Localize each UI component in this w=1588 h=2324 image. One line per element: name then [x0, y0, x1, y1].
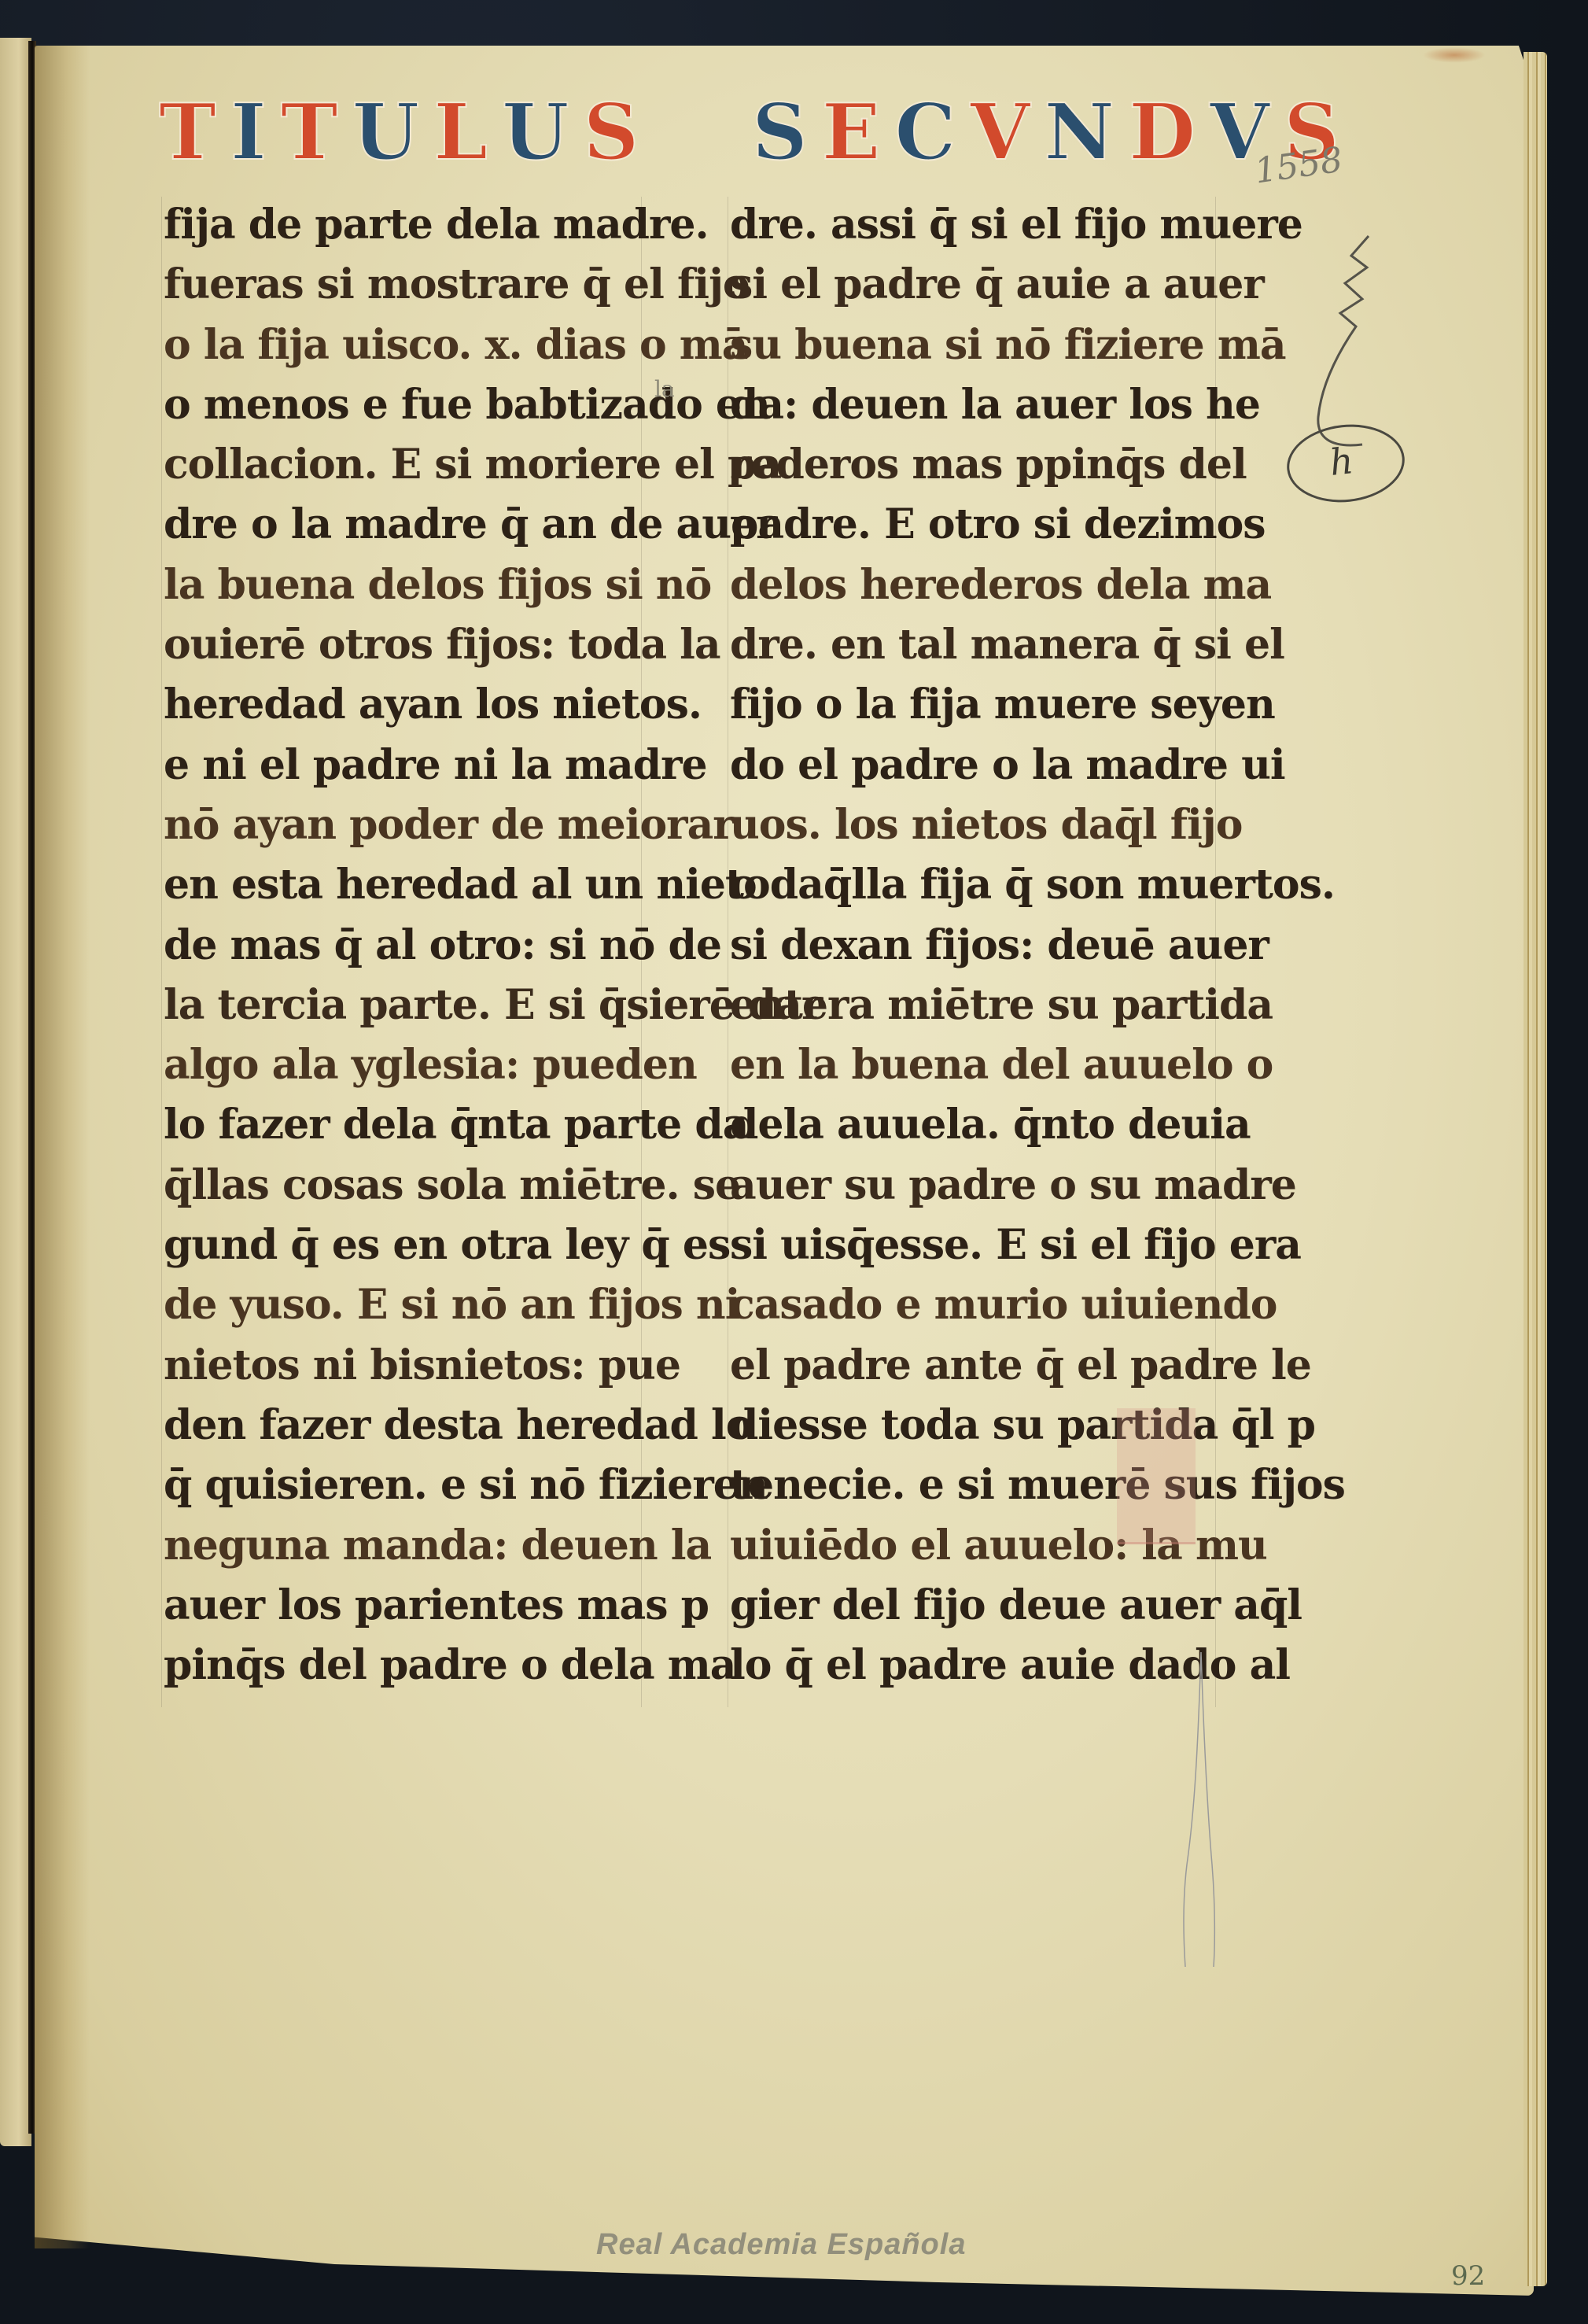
- manuscript-line: padre. E otro si dezimos: [730, 495, 1233, 555]
- manuscript-line: si uisq̄esse. E si el fijo era: [730, 1215, 1233, 1275]
- watermark-real-academia-espanola: Real Academia Española: [596, 2228, 966, 2262]
- manuscript-line: lo fazer dela q̄nta parte da: [164, 1095, 667, 1155]
- rubric-letter: C: [891, 94, 962, 172]
- rubric-letter: N: [1041, 94, 1122, 172]
- manuscript-line: dre o la madre q̄ an de auer: [164, 495, 667, 555]
- manuscript-line: q̄ quisieren. e si nō fizieren: [164, 1455, 667, 1515]
- manuscript-line: de mas q̄ al otro: si nō de: [164, 916, 667, 976]
- rubric-letter: S: [749, 94, 814, 172]
- manuscript-line: la tercia parte. E si q̄sierē dar: [164, 976, 667, 1035]
- manuscript-line: delos herederos dela ma: [730, 555, 1233, 615]
- manuscript-line: dre. en tal manera q̄ si el: [730, 615, 1233, 675]
- manuscript-line: en esta heredad al un nieto: [164, 855, 667, 915]
- manuscript-line: auer su padre o su madre: [730, 1156, 1233, 1215]
- manuscript-line: pinq̄s del padre o dela ma: [164, 1636, 667, 1695]
- manuscript-line: q̄llas cosas sola miētre. se: [164, 1156, 667, 1215]
- manuscript-line: el padre ante q̄ el padre le: [730, 1336, 1233, 1396]
- folio-number: 92: [1451, 2260, 1485, 2292]
- manuscript-line: rederos mas ppinq̄s del: [730, 435, 1233, 495]
- manuscript-line: nō ayan poder de meiorar: [164, 795, 667, 855]
- manuscript-line: nietos ni bisnietos: pue: [164, 1336, 667, 1396]
- manuscript-line: entera miētre su partida: [730, 976, 1233, 1035]
- manuscript-line: heredad ayan los nietos.: [164, 675, 667, 735]
- gutter-shadow: [35, 46, 90, 2248]
- rubric-letter: S: [580, 94, 646, 172]
- manuscript-line: e ni el padre ni la madre: [164, 736, 667, 795]
- circled-note-text: h: [1328, 439, 1355, 484]
- manuscript-line: fija de parte dela madre.: [164, 195, 667, 255]
- manuscript-line: si dexan fijos: deuē auer: [730, 916, 1233, 976]
- manuscript-line: su buena si nō fiziere mā: [730, 315, 1233, 375]
- manuscript-line: o menos e fue babtizado en: [164, 375, 667, 435]
- rubric-letter: D: [1126, 94, 1202, 172]
- rubric-letter: I: [227, 94, 273, 172]
- text-column-left: fija de parte dela madre.fueras si mostr…: [164, 195, 667, 1695]
- manuscript-line: algo ala yglesia: pueden: [164, 1035, 667, 1095]
- manuscript-line: do el padre o la madre ui: [730, 736, 1233, 795]
- manuscript-line: dre. assi q̄ si el fijo muere: [730, 195, 1233, 255]
- rubric-letter: L: [430, 94, 494, 172]
- rubric-letter: U: [349, 94, 426, 172]
- foxing-stain: [1423, 47, 1486, 63]
- manuscript-line: gund q̄ es en otra ley q̄ es: [164, 1215, 667, 1275]
- rubric-stain: [1117, 1408, 1196, 1544]
- rubric-letter: E: [819, 94, 887, 172]
- pencil-loop-mark: [1177, 1652, 1225, 1967]
- manuscript-line: da: deuen la auer los he: [730, 375, 1233, 435]
- manuscript-line: o la fija uisco. x. dias o mā: [164, 315, 667, 375]
- rubric-letter: T: [278, 94, 344, 172]
- manuscript-line: en la buena del auuelo o: [730, 1035, 1233, 1095]
- manuscript-line: casado e murio uiuiendo: [730, 1275, 1233, 1335]
- manuscript-line: o daq̄lla fija q̄ son muertos.: [730, 855, 1233, 915]
- rubric-heading-titulus: TITULUS: [156, 93, 645, 172]
- manuscript-line: neguna manda: deuen la: [164, 1516, 667, 1576]
- page-fore-edges: [1524, 52, 1547, 2286]
- manuscript-line: lo q̄ el padre auie dado al: [730, 1636, 1233, 1695]
- manuscript-line: fueras si mostrare q̄ el fijo: [164, 255, 667, 315]
- ruling-line: [161, 197, 162, 1707]
- manuscript-line: den fazer desta heredad lo: [164, 1396, 667, 1455]
- manuscript-line: auer los parientes mas p: [164, 1576, 667, 1636]
- rubric-letter: V: [967, 94, 1036, 172]
- manuscript-line: collacion. E si moriere el pa: [164, 435, 667, 495]
- marginal-note-la: la: [654, 376, 675, 402]
- rubric-letter: T: [156, 94, 223, 172]
- rubric-letter: U: [499, 94, 575, 172]
- manuscript-line: ouierē otros fijos: toda la: [164, 615, 667, 675]
- previous-page-edge: [0, 38, 31, 2146]
- manuscript-line: dela auuela. q̄nto deuia: [730, 1095, 1233, 1155]
- manuscript-line: la buena delos fijos si nō: [164, 555, 667, 615]
- manuscript-line: uos. los nietos daq̄l fijo: [730, 795, 1233, 855]
- manuscript-line: si el padre q̄ auie a auer: [730, 255, 1233, 315]
- manuscript-line: de yuso. E si nō an fijos ni: [164, 1275, 667, 1335]
- manuscript-line: fijo o la fija muere seyen: [730, 675, 1233, 735]
- manuscript-line: gier del fijo deue auer aq̄l: [730, 1576, 1233, 1636]
